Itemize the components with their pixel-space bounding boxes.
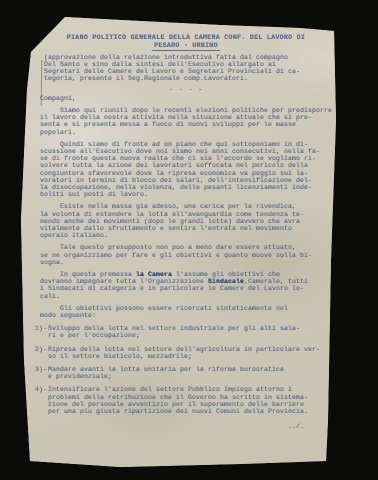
text-line: Esiste nella massa gia adesso, una caric…: [40, 203, 332, 210]
list-item-text: Mandare avanti la lotta unitaria per la …: [48, 366, 332, 380]
text-line: modo seguente:: [40, 312, 332, 319]
text-line: problemi della retribuzione che il Gover…: [48, 394, 332, 401]
text-line: solvere tutta la azione dei lavoratori s…: [40, 162, 332, 169]
objectives-list: 1)- Sviluppo della lotta nel settore ind…: [35, 325, 332, 415]
list-item: 3)- Mandare avanti la lotta unitaria per…: [35, 366, 332, 380]
document-subtitle-row: PESARO - URBINO: [40, 42, 332, 51]
text-line: zione del personale avventizio per il su…: [48, 401, 332, 408]
text-line: Intensificare l'azione del settore Pubbl…: [48, 386, 332, 393]
text-line: popolari.: [40, 129, 332, 136]
text-line: Del Santo e sino dalla sintesi dell'Esec…: [44, 61, 332, 68]
paragraph-4: Tale questo presupposto non puo a meno d…: [40, 244, 332, 266]
list-item-text: Sviluppo della lotta nel settore industr…: [48, 325, 332, 339]
document-content: PIANO POLITICO GENERALE DELLA CAMERA CON…: [40, 34, 332, 430]
document-subtitle: PESARO - URBINO: [152, 42, 220, 51]
salutation: Compagni,: [40, 95, 332, 102]
text-line: la volonta di estendere la lotta all'ava…: [40, 211, 332, 218]
text-line: operaio italiano.: [40, 232, 332, 239]
intro-paragraph: (approvazione della relazione introdutti…: [40, 54, 332, 83]
paragraph-2: Quindi siamo di fronte ad un piano che q…: [40, 141, 332, 199]
separator-dashes: - - - -: [40, 86, 332, 93]
text-line: so il settore bieticolo, mezzadrile;: [48, 353, 332, 360]
paragraph-5: In questa premessa la Camera l'assume gl…: [40, 271, 332, 300]
text-line: senta e si presenta messa a fuoco di nuo…: [40, 121, 332, 128]
list-item: 1)- Sviluppo della lotta nel settore ind…: [35, 325, 332, 339]
continuation-mark: ../.: [40, 423, 332, 430]
text-line: (approvazione della relazione introdutti…: [44, 54, 332, 61]
paragraph-6: Gli obiettivi possono essere ricercati s…: [40, 305, 332, 319]
list-item-text: Intensificare l'azione del settore Pubbl…: [48, 386, 332, 415]
list-item: 2)- Ripresa della lotta nel settore dell…: [35, 346, 332, 360]
text-line: Quindi siamo di fronte ad un piano che q…: [40, 141, 332, 148]
text-line: sogna.: [40, 259, 332, 266]
text-line: cali.: [40, 293, 332, 300]
paragraph-3: Esiste nella massa gia adesso, una caric…: [40, 203, 332, 239]
list-item-text: Ripresa della lotta nel settore dell'agr…: [48, 346, 332, 360]
text-line: ri e per l'occupazione;: [48, 332, 332, 339]
list-item-marker: 4)-: [35, 386, 48, 415]
list-item-marker: 2)-: [35, 346, 48, 360]
text-line: se ne organizziamo per fare e gli obiett…: [40, 252, 332, 259]
text-line: boliti sui posti di lavoro.: [40, 191, 332, 198]
text-line: congiuntura sfavorevole dove la ripresa …: [40, 170, 332, 177]
text-line: Gli obiettivi possono essere ricercati s…: [40, 305, 332, 312]
text-line: nendo anche dei movimenti (dopo le grand…: [40, 218, 332, 225]
text-line: e previdenziale;: [48, 373, 332, 380]
list-item: 4)- Intensificare l'azione del settore P…: [35, 386, 332, 415]
document-page: PIANO POLITICO GENERALE DELLA CAMERA CON…: [0, 0, 378, 480]
text-line: per una piu giusta ripartizione dei nuov…: [48, 408, 332, 415]
text-line: tegoria, presente il Seg.Regionale comp.…: [44, 75, 332, 82]
text-line: Tale questo presupposto non puo a meno d…: [40, 244, 332, 251]
paragraph-1: Siamo qui riuniti dopo le recenti elezio…: [40, 107, 332, 136]
text-line: voratori in termini di blocco dei salari…: [40, 177, 332, 184]
text-line: Ripresa della lotta nel settore dell'agr…: [48, 346, 332, 353]
document-title: PIANO POLITICO GENERALE DELLA CAMERA CON…: [40, 34, 332, 42]
list-item-marker: 3)-: [35, 366, 48, 380]
text-line: i Sindacati di categoria e in particolar…: [40, 285, 332, 292]
list-item-marker: 1)-: [35, 325, 48, 339]
